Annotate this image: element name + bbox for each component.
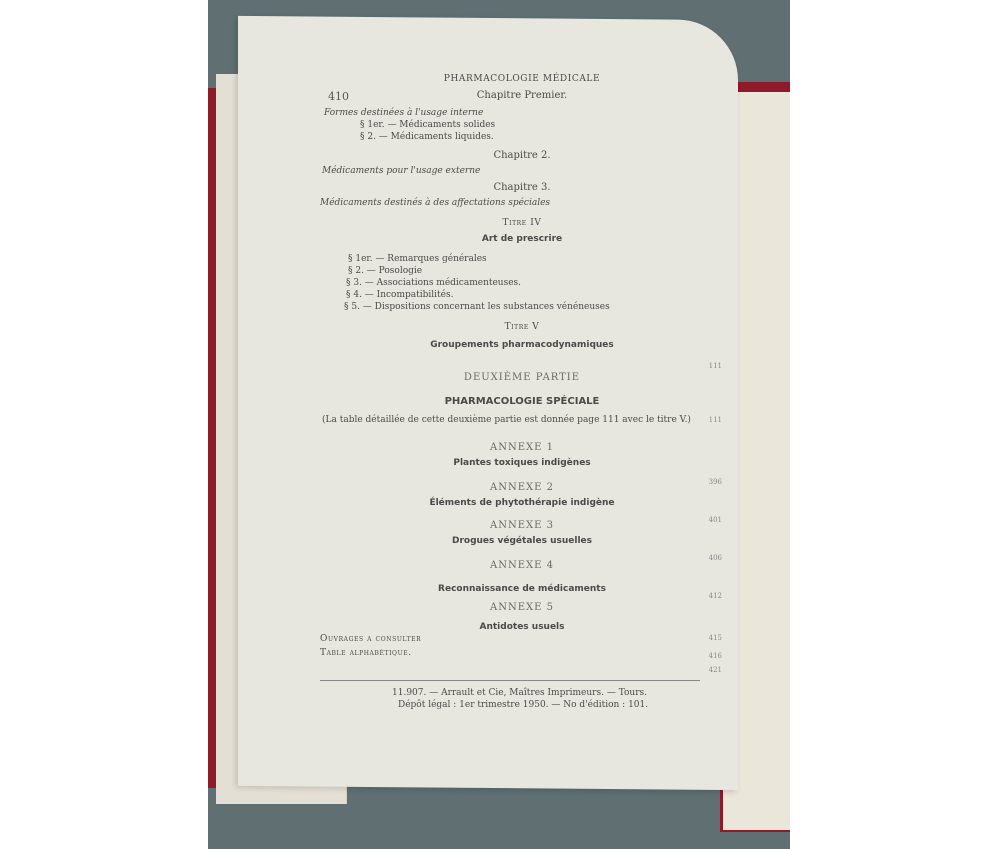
annex-label: ANNEXE 3 xyxy=(332,520,712,531)
chapter-title: Chapitre 2. xyxy=(332,150,712,161)
titre-label: Titre IV xyxy=(332,218,712,228)
chapter-title: Chapitre 3. xyxy=(332,182,712,193)
chapter-title: Chapitre Premier. xyxy=(332,90,712,101)
back-matter-entry: Ouvrages a consulter xyxy=(320,634,421,644)
annex-heading: Plantes toxiques indigènes xyxy=(332,458,712,468)
toc-entry: § 4. — Incompatibilités. xyxy=(346,290,453,300)
toc-entry: Médicaments destinés à des affectations … xyxy=(320,198,550,208)
page-ref: 421 xyxy=(709,666,722,674)
imprint-line: Dépôt légal : 1er trimestre 1950. — No d… xyxy=(398,700,648,711)
annex-heading: Éléments de phytothérapie indigène xyxy=(332,498,712,508)
annex-heading: Drogues végétales usuelles xyxy=(332,536,712,546)
toc-entry: Formes destinées à l'usage interne xyxy=(324,108,483,118)
section-heading: Art de prescrire xyxy=(332,234,712,244)
toc-entry: § 1er. — Médicaments solides xyxy=(360,120,495,130)
annex-label: ANNEXE 5 xyxy=(332,602,712,613)
page-ref: 111 xyxy=(709,362,722,370)
back-matter-entry: Table alphabétique. xyxy=(320,648,412,658)
page-ref: 416 xyxy=(709,652,722,660)
page-ref: 111 xyxy=(709,416,722,424)
running-head: PHARMACOLOGIE MÉDICALE xyxy=(332,74,712,84)
annex-label: ANNEXE 2 xyxy=(332,482,712,493)
divider xyxy=(320,680,700,681)
annex-heading: Reconnaissance de médicaments xyxy=(332,584,712,594)
section-heading: Groupements pharmacodynamiques xyxy=(332,340,712,350)
part-note: (La table détaillée de cette deuxième pa… xyxy=(322,414,692,426)
toc-entry: § 2. — Médicaments liquides. xyxy=(360,132,494,142)
page-ref: 412 xyxy=(709,592,722,600)
part-heading: PHARMACOLOGIE SPÉCIALE xyxy=(332,396,712,407)
toc-entry: Médicaments pour l'usage externe xyxy=(322,166,480,176)
toc-entry: § 2. — Posologie xyxy=(348,266,422,276)
imprint-line: 11.907. — Arrault et Cie, Maîtres Imprim… xyxy=(392,688,647,699)
annex-heading: Antidotes usuels xyxy=(332,622,712,632)
book-photo: PHARMACOLOGIE MÉDICALE 410 Chapitre Prem… xyxy=(208,0,790,849)
page-ref: 415 xyxy=(709,634,722,642)
toc-entry: § 3. — Associations médicamenteuses. xyxy=(346,278,521,288)
annex-label: ANNEXE 1 xyxy=(332,442,712,453)
toc-entry: § 5. — Dispositions concernant les subst… xyxy=(344,302,610,312)
annex-label: ANNEXE 4 xyxy=(332,560,712,571)
toc-entry: § 1er. — Remarques générales xyxy=(348,254,487,264)
part-label: DEUXIÈME PARTIE xyxy=(332,372,712,383)
titre-label: Titre V xyxy=(332,322,712,332)
